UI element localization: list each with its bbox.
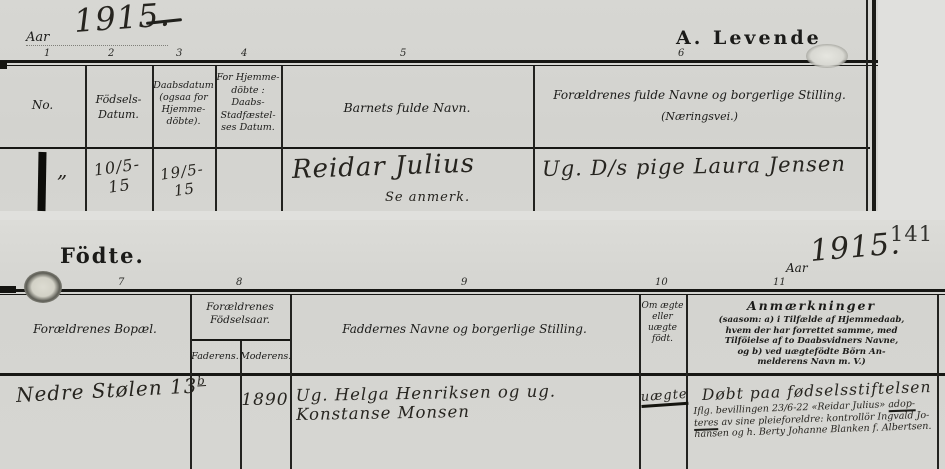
header-baptism-date: Daabsdatum (ogsaa for Hjemme- döbte). [152,80,215,128]
row-no-ditto: „ [57,158,68,182]
colnum-3: 3 [176,48,182,59]
top-vline-4 [281,66,283,211]
row-child-name-note: Se anmerk. [385,190,470,205]
register-scan: Aar 1915. A. Levende 1 2 3 4 5 6 No. Föd… [0,0,945,469]
colnum-9: 9 [461,277,467,288]
colnum-4: 4 [241,48,247,59]
colnum-6: 6 [678,48,684,59]
header-birth-date: Födsels- Datum. [85,92,152,122]
edge-ink-mark [0,61,7,69]
left-edge-dash [0,286,16,293]
top-rule-thin [0,65,878,66]
colnum-11: 11 [773,277,786,288]
header-remarks-body: (saasom: a) i Tilfælde af Hjemmedaab, hv… [686,315,937,368]
row-child-name: Reidar Julius [291,149,475,185]
header-father: Faderens. [190,351,240,362]
header-godparents: Faddernes Navne og borgerlige Stilling. [290,322,639,336]
colnum-10: 10 [655,277,668,288]
colnum-1: 1 [44,48,50,59]
top-rule-thick [0,60,878,63]
bottom-aar-label: Aar [786,261,808,275]
row-mother-year: 1890 [240,390,290,410]
paper-stain-top [806,44,848,68]
bottom-vline-5 [937,295,939,469]
header-home-baptism: For Hjemme- döbte : Daabs- Stadfæstel- s… [215,72,281,135]
hole-punch-stain [24,271,62,303]
header-legitimacy: Om ægte eller uægte födt. [639,301,686,345]
bottom-rule-thin [0,294,945,295]
colnum-7: 7 [118,277,124,288]
top-section-title: A. Levende [676,27,822,49]
top-right-edge-outer [872,0,876,211]
header-remarks-title: Anmærkninger [686,298,937,313]
row-godparents: Ug. Helga Henriksen og ug. Konstanse Mon… [296,380,642,424]
colnum-2: 2 [108,48,114,59]
header-mother: Moderens. [240,351,290,362]
bottom-section-title: Födte. [60,243,145,268]
top-aar-label: Aar [26,30,49,45]
row-residence-sup: b [197,373,206,387]
header-birth-years: Forældrenes Födselsaar. [190,301,290,327]
ink-bar-mark [37,152,46,211]
top-header-bottom-rule [0,147,870,149]
header-residence: Forældrenes Bopæl. [0,322,190,336]
year-dotted-line [26,45,168,46]
bottom-rule-thick [0,289,945,292]
header-child-name: Barnets fulde Navn. [281,100,533,115]
header-parents-names-sub: (Næringsvei.) [533,110,866,123]
top-right-edge-inner [866,0,868,211]
colnum-8: 8 [236,277,242,288]
header-no: No. [0,98,85,112]
colnum-5: 5 [400,48,406,59]
row-legitimacy: uægte [640,387,688,408]
header-parents-names: Forældrenes fulde Navne og borgerlige St… [533,88,866,102]
